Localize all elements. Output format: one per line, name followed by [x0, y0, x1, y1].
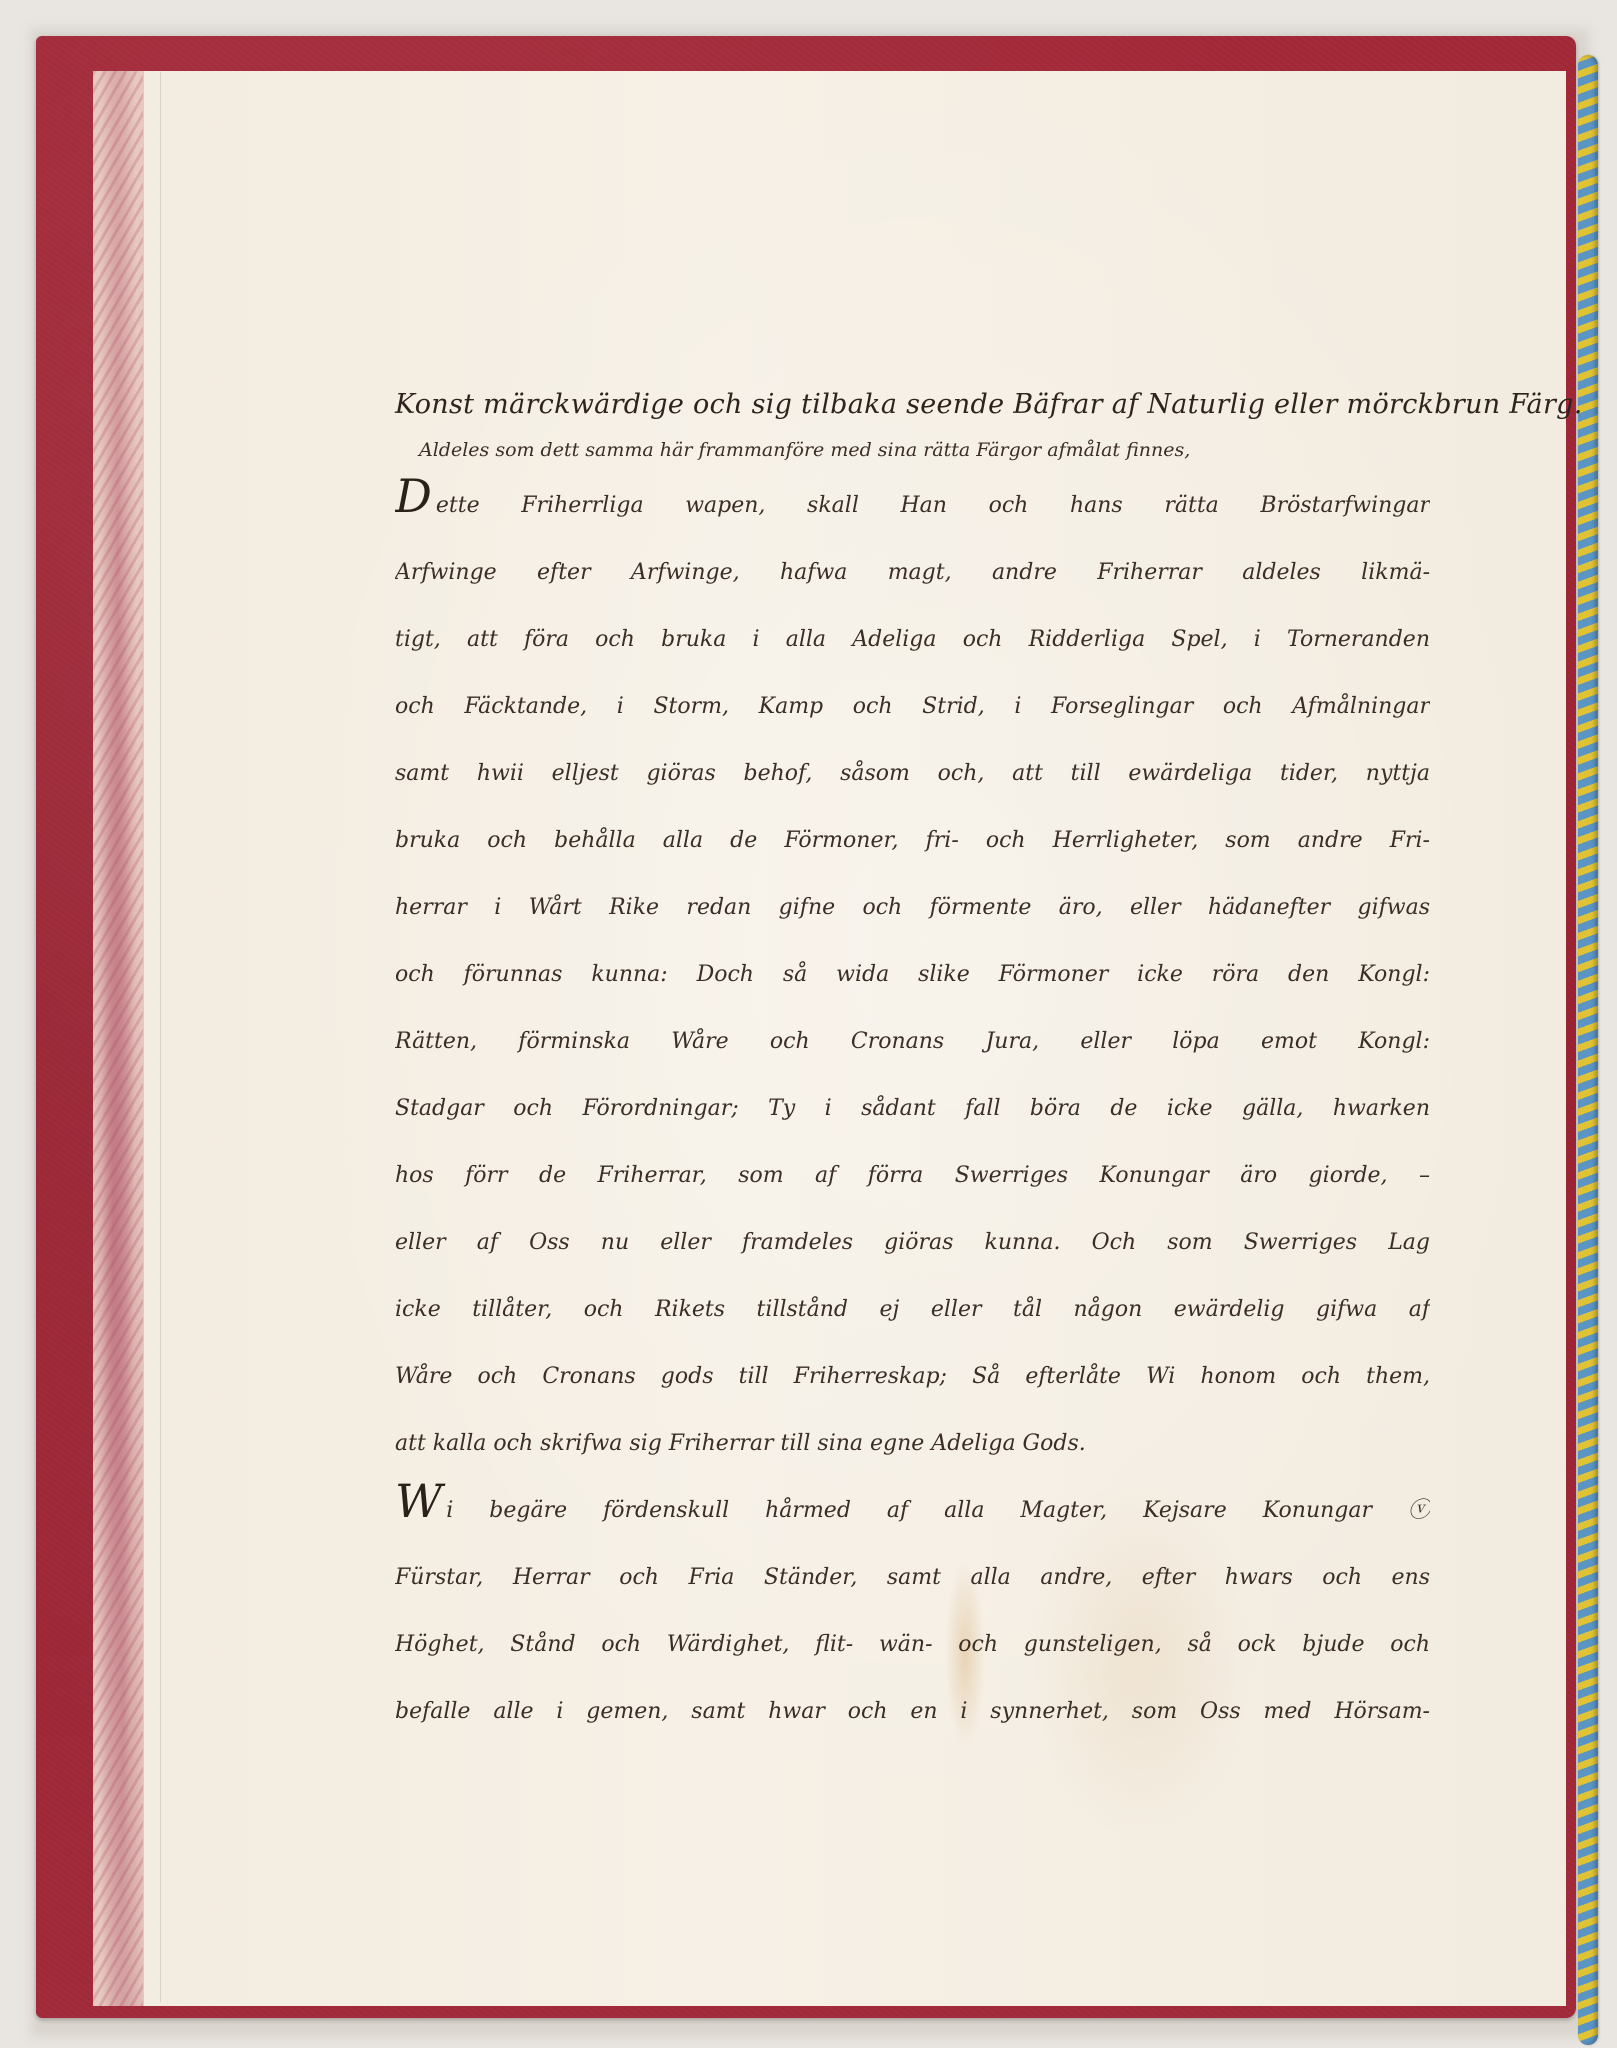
text-line: hos förr de Friherrar, som af förra Swer…: [395, 1142, 1430, 1209]
paragraph-1: Dette Friherrliga wapen, skall Han och h…: [395, 472, 1430, 1477]
text-line: bruka och behålla alla de Förmoner, fri-…: [395, 807, 1430, 874]
initial-letter: D: [395, 472, 432, 523]
text-line: och förunnas kunna: Doch så wida slike F…: [395, 941, 1430, 1008]
text-line: Arfwinge efter Arfwinge, hafwa magt, and…: [395, 539, 1430, 606]
text-line: Wi begäre fördenskull hårmed af alla Mag…: [395, 1477, 1430, 1544]
manuscript-text: Konst märckwärdige och sig tilbaka seend…: [395, 380, 1430, 1745]
text-line: att kalla och skrifwa sig Friherrar till…: [395, 1410, 1430, 1477]
text-line: Fürstar, Herrar och Fria Ständer, samt a…: [395, 1544, 1430, 1611]
page-subheading: Aldeles som dett samma här frammanföre m…: [395, 430, 1430, 470]
text-line: och Fäcktande, i Storm, Kamp och Strid, …: [395, 673, 1430, 740]
text-line: Rätten, förminska Wåre och Cronans Jura,…: [395, 1008, 1430, 1075]
text-line: Höghet, Stånd och Wärdighet, flit- wän- …: [395, 1611, 1430, 1678]
text-line: icke tillåter, och Rikets tillstånd ej e…: [395, 1276, 1430, 1343]
paragraph-2: Wi begäre fördenskull hårmed af alla Mag…: [395, 1477, 1430, 1745]
initial-letter: W: [395, 1477, 442, 1528]
text-line: herrar i Wårt Rike redan gifne och förme…: [395, 874, 1430, 941]
marbled-endpaper: [93, 71, 143, 2006]
silk-cord: [1578, 55, 1598, 2045]
text-line: befalle alle i gemen, samt hwar och en i…: [395, 1678, 1430, 1745]
text-line: Stadgar och Förordningar; Ty i sådant fa…: [395, 1075, 1430, 1142]
page-heading: Konst märckwärdige och sig tilbaka seend…: [395, 380, 1430, 430]
text-line: Dette Friherrliga wapen, skall Han och h…: [395, 472, 1430, 539]
text-line: eller af Oss nu eller framdeles giöras k…: [395, 1209, 1430, 1276]
text-line: Wåre och Cronans gods till Friherreskap;…: [395, 1343, 1430, 1410]
text-line: samt hwii elljest giöras behof, såsom oc…: [395, 740, 1430, 807]
text-line: tigt, att föra och bruka i alla Adeliga …: [395, 606, 1430, 673]
